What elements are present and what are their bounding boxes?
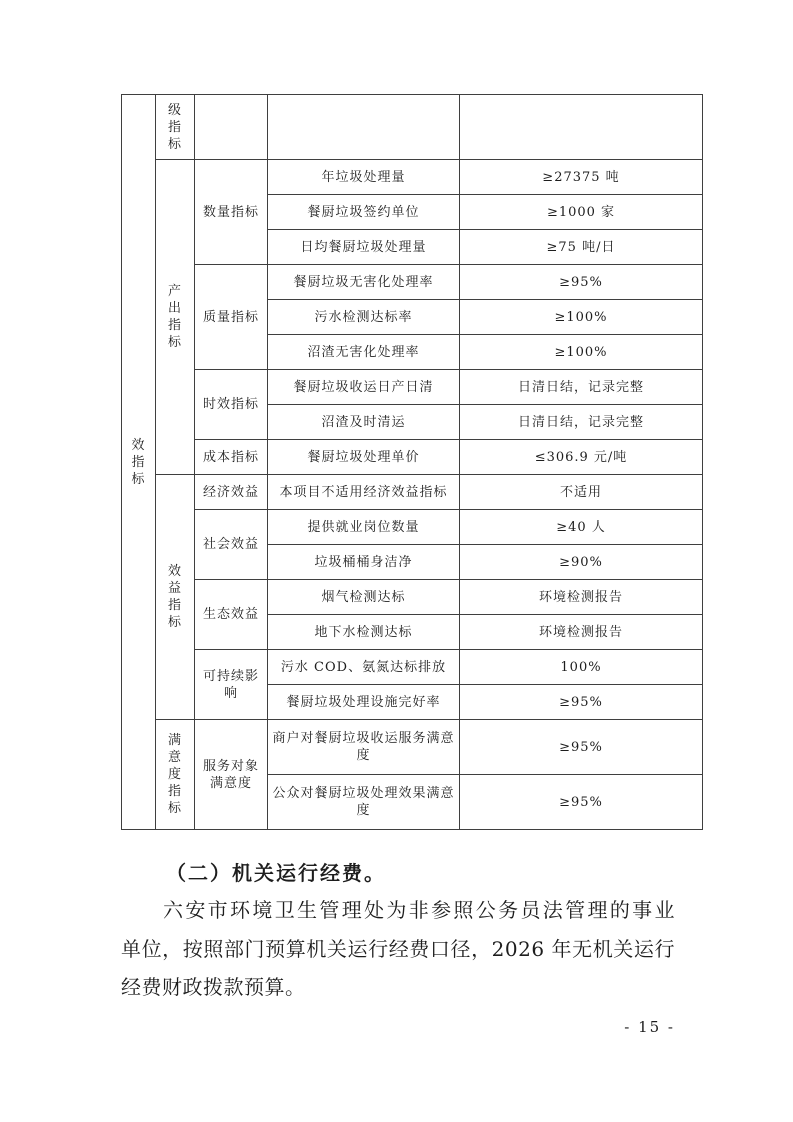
cell-empty-indicator bbox=[268, 95, 460, 160]
cell-subgroup-economic-benefit: 经济效益 bbox=[195, 475, 268, 510]
cell-indicator: 公众对餐厨垃圾处理效果满意 度 bbox=[268, 775, 460, 830]
cell-group-satisfaction-indicators: 满 意 度 指 标 bbox=[156, 720, 195, 830]
cell-value: ≥95% bbox=[460, 685, 703, 720]
cell-indicator: 餐厨垃圾无害化处理率 bbox=[268, 265, 460, 300]
cell-indicator: 污水 COD、氨氮达标排放 bbox=[268, 650, 460, 685]
cell-value: 日清日结，记录完整 bbox=[460, 405, 703, 440]
section-heading: （二）机关运行经费。 bbox=[166, 857, 386, 886]
cell-indicator: 地下水检测达标 bbox=[268, 615, 460, 650]
body-paragraph: 六安市环境卫生管理处为非参照公务员法管理的事业 单位，按照部门预算机关运行经费口… bbox=[121, 891, 675, 1007]
cell-subgroup-timeliness: 时效指标 bbox=[195, 370, 268, 440]
paragraph-line: 六安市环境卫生管理处为非参照公务员法管理的事业 bbox=[121, 891, 675, 930]
cell-subgroup-cost: 成本指标 bbox=[195, 440, 268, 475]
cell-value: 100% bbox=[460, 650, 703, 685]
cell-value: ≥90% bbox=[460, 545, 703, 580]
cell-value: ≥95% bbox=[460, 720, 703, 775]
cell-indicator: 沼渣及时清运 bbox=[268, 405, 460, 440]
cell-performance-indicator-continued: 效 指 标 bbox=[122, 95, 156, 830]
cell-value: ≤306.9 元/吨 bbox=[460, 440, 703, 475]
page-number: - 15 - bbox=[624, 1018, 675, 1036]
cell-level-indicator-continued: 级 指 标 bbox=[156, 95, 195, 160]
paragraph-line: 单位，按照部门预算机关运行经费口径，2026 年无机关运行 bbox=[121, 930, 675, 969]
cell-value: 环境检测报告 bbox=[460, 615, 703, 650]
cell-indicator: 年垃圾处理量 bbox=[268, 160, 460, 195]
cell-indicator: 提供就业岗位数量 bbox=[268, 510, 460, 545]
cell-indicator: 烟气检测达标 bbox=[268, 580, 460, 615]
cell-indicator: 垃圾桶桶身洁净 bbox=[268, 545, 460, 580]
cell-value: ≥100% bbox=[460, 300, 703, 335]
cell-value: ≥95% bbox=[460, 775, 703, 830]
cell-empty-value bbox=[460, 95, 703, 160]
cell-group-output-indicators: 产 出 指 标 bbox=[156, 160, 195, 475]
cell-indicator: 餐厨垃圾处理单价 bbox=[268, 440, 460, 475]
cell-subgroup-quality: 质量指标 bbox=[195, 265, 268, 370]
cell-indicator: 污水检测达标率 bbox=[268, 300, 460, 335]
cell-value: ≥40 人 bbox=[460, 510, 703, 545]
cell-value: 不适用 bbox=[460, 475, 703, 510]
cell-subgroup-social-benefit: 社会效益 bbox=[195, 510, 268, 580]
cell-value: ≥75 吨/日 bbox=[460, 230, 703, 265]
cell-indicator: 餐厨垃圾签约单位 bbox=[268, 195, 460, 230]
cell-empty-subgroup bbox=[195, 95, 268, 160]
cell-value: 日清日结，记录完整 bbox=[460, 370, 703, 405]
cell-indicator: 沼渣无害化处理率 bbox=[268, 335, 460, 370]
cell-value: ≥100% bbox=[460, 335, 703, 370]
document-page: 效 指 标 级 指 标 产 出 指 标 数量指标 年垃圾处理量 ≥27375 吨… bbox=[0, 0, 793, 1122]
cell-indicator: 餐厨垃圾处理设施完好率 bbox=[268, 685, 460, 720]
cell-subgroup-sustainability: 可持续影 响 bbox=[195, 650, 268, 720]
cell-indicator: 本项目不适用经济效益指标 bbox=[268, 475, 460, 510]
cell-value: 环境检测报告 bbox=[460, 580, 703, 615]
paragraph-line: 经费财政拨款预算。 bbox=[121, 968, 675, 1007]
cell-subgroup-service-target-satisfaction: 服务对象 满意度 bbox=[195, 720, 268, 830]
cell-indicator: 餐厨垃圾收运日产日清 bbox=[268, 370, 460, 405]
cell-indicator: 商户对餐厨垃圾收运服务满意 度 bbox=[268, 720, 460, 775]
performance-indicator-table: 效 指 标 级 指 标 产 出 指 标 数量指标 年垃圾处理量 ≥27375 吨… bbox=[121, 94, 703, 830]
cell-subgroup-quantity: 数量指标 bbox=[195, 160, 268, 265]
cell-value: ≥95% bbox=[460, 265, 703, 300]
cell-indicator: 日均餐厨垃圾处理量 bbox=[268, 230, 460, 265]
cell-value: ≥27375 吨 bbox=[460, 160, 703, 195]
cell-subgroup-ecological-benefit: 生态效益 bbox=[195, 580, 268, 650]
cell-value: ≥1000 家 bbox=[460, 195, 703, 230]
cell-group-benefit-indicators: 效 益 指 标 bbox=[156, 475, 195, 720]
